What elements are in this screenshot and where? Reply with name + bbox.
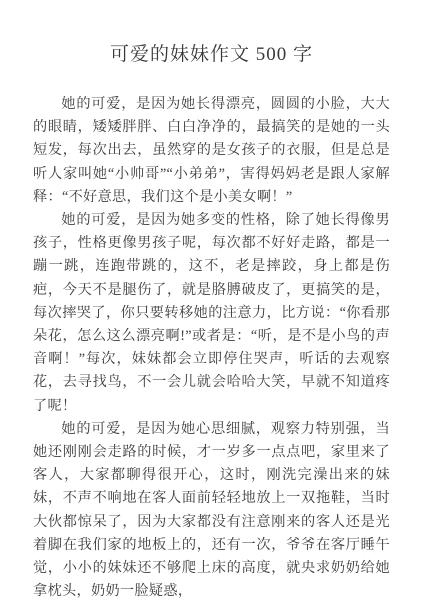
document-title: 可爱的妹妹作文 500 字 [33,42,390,68]
essay-paragraph-2: 她的可爱，是因为她多变的性格，除了她长得像男孩子，性格更像男孩子呢，每次都不好好… [33,209,390,418]
essay-paragraph-3: 她的可爱，是因为她心思细腻，观察力特别强，当她还刚刚会走路的时候，才一岁多一点点… [33,418,390,600]
document-page: 可爱的妹妹作文 500 字 她的可爱，是因为她长得漂亮，圆圆的小脸，大大的眼睛，… [0,0,423,600]
essay-paragraph-1: 她的可爱，是因为她长得漂亮，圆圆的小脸，大大的眼睛，矮矮胖胖、白白净净的，最搞笑… [33,93,390,209]
